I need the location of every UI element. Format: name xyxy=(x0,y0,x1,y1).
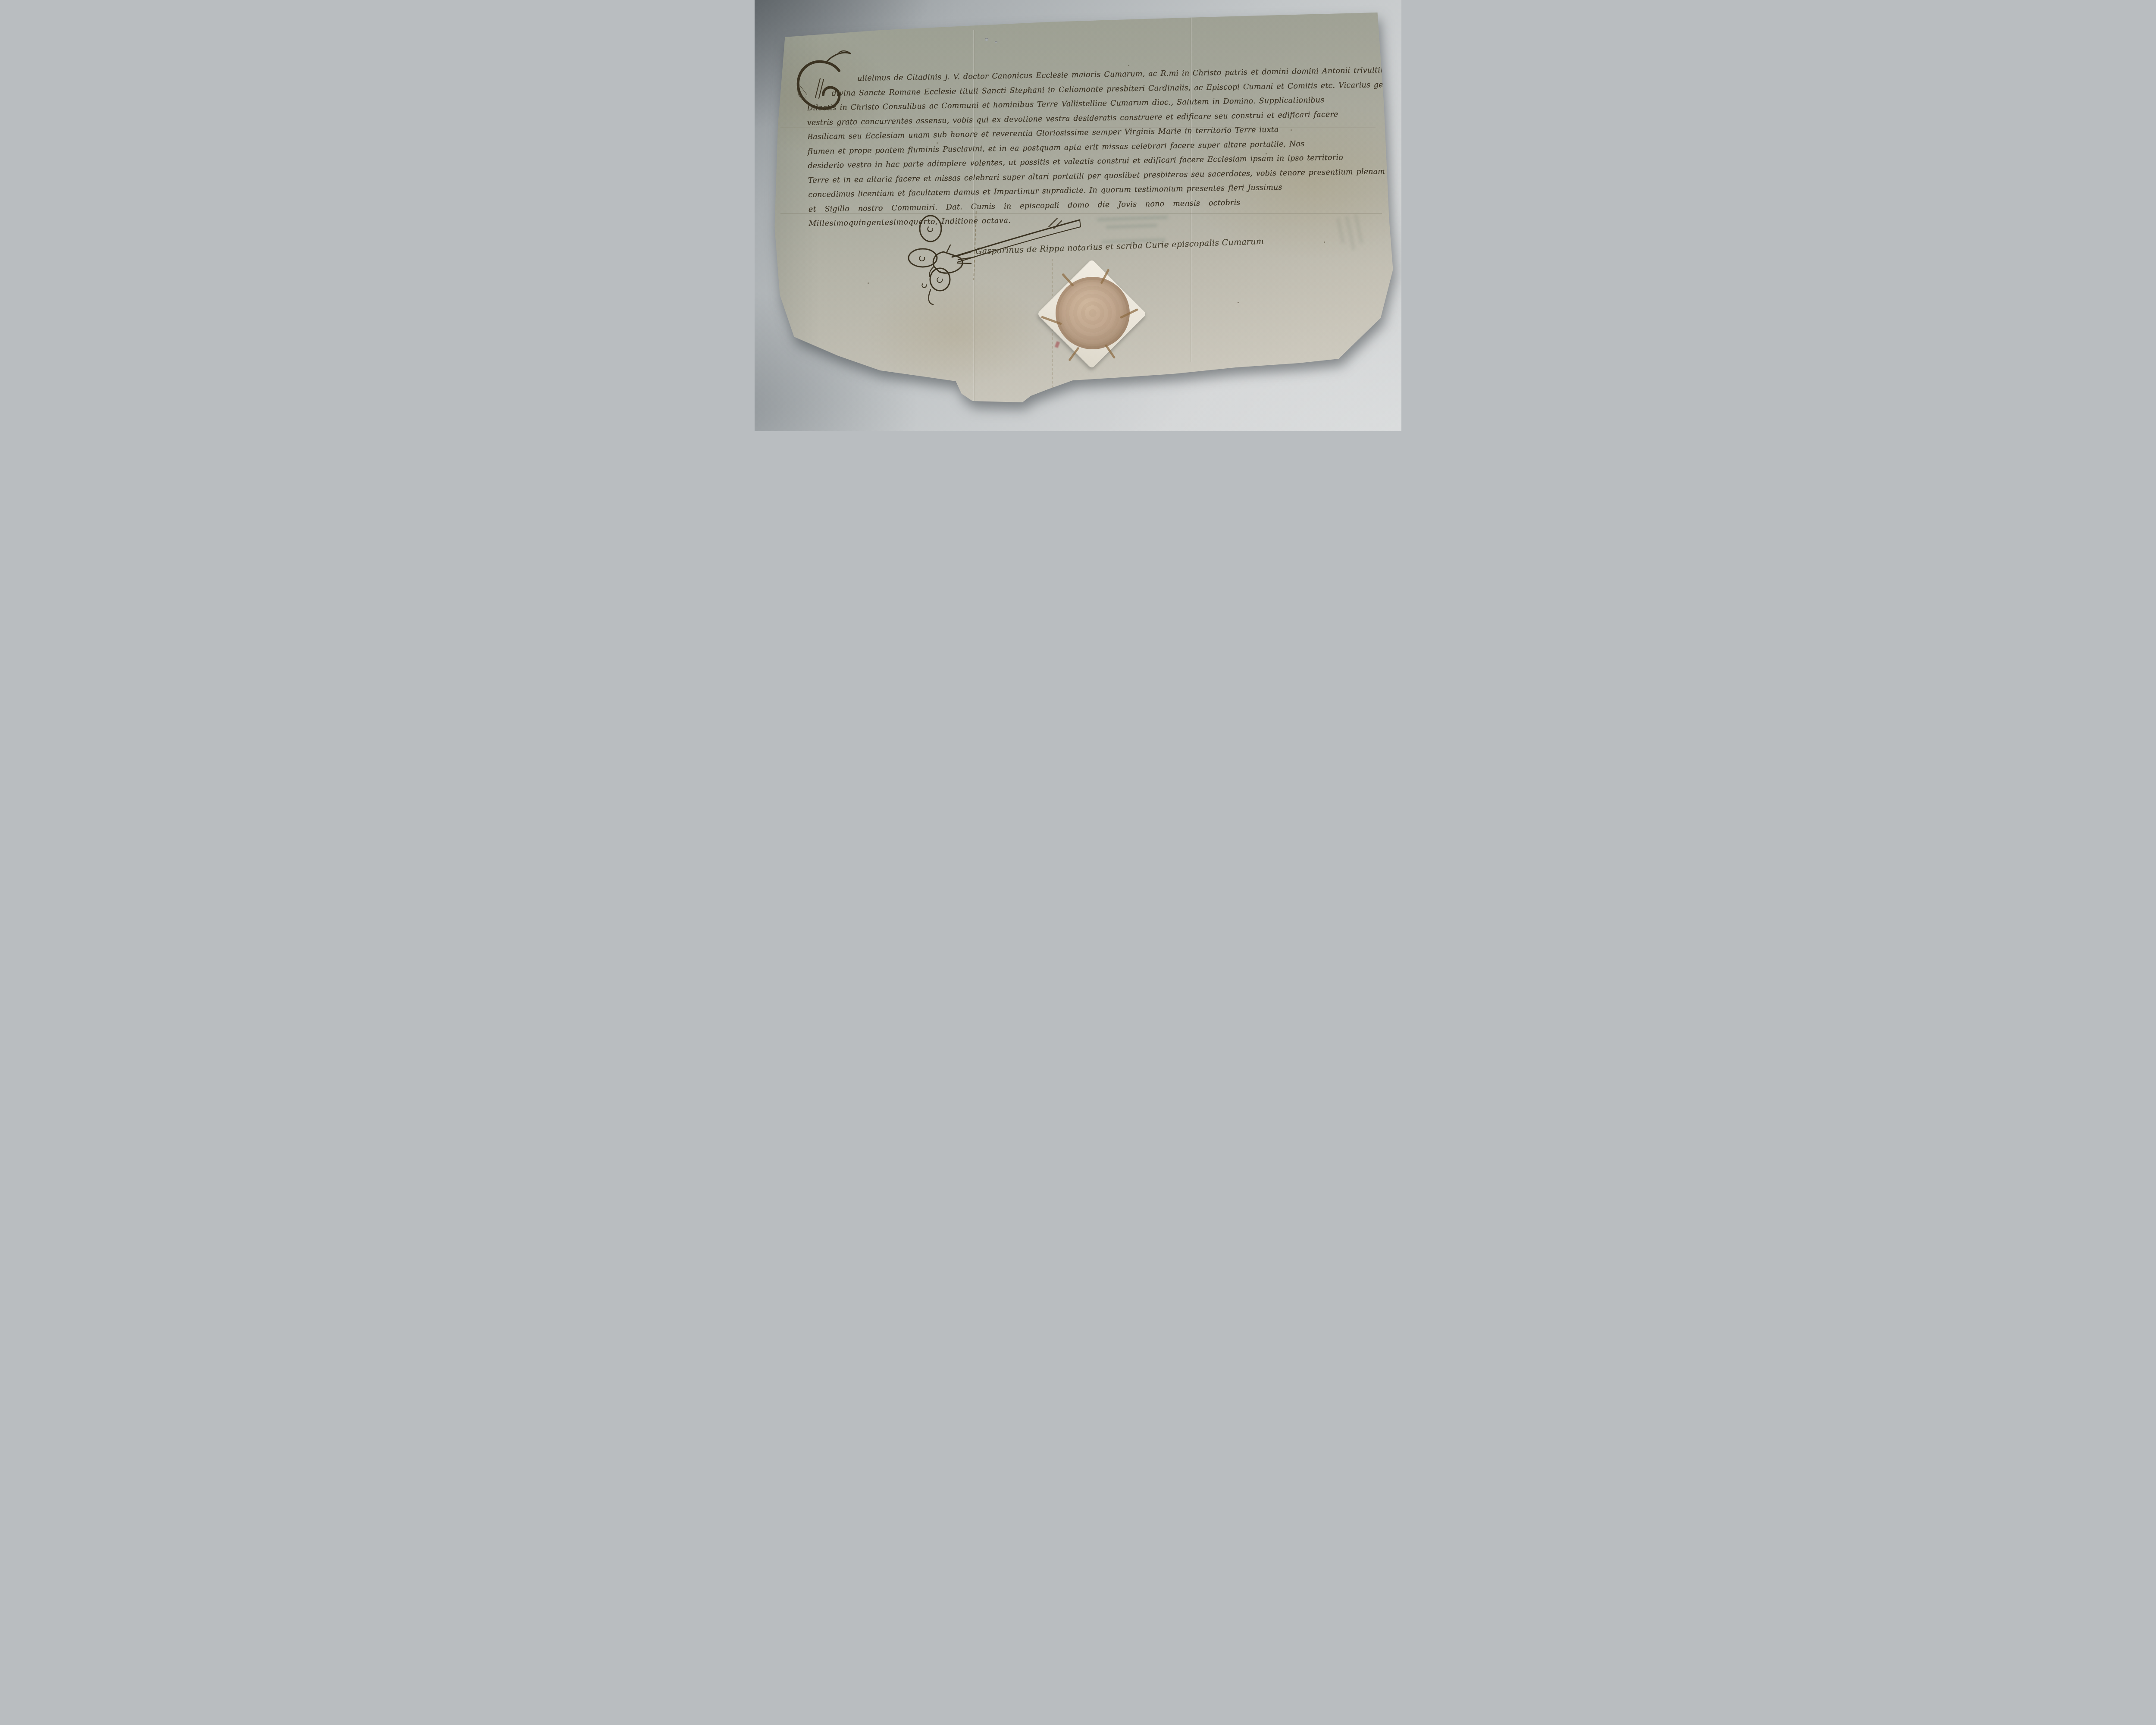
ink-speck xyxy=(1238,302,1239,303)
papered-wax-seal xyxy=(1036,259,1148,371)
ink-speck xyxy=(868,282,869,284)
show-through-line xyxy=(1101,238,1166,244)
seal-wax-impression xyxy=(1056,277,1130,349)
verso-show-through xyxy=(1097,211,1184,257)
ink-speck xyxy=(1128,65,1129,66)
show-through-line xyxy=(1354,214,1363,244)
show-through-line xyxy=(1106,224,1157,229)
parchment-sheet: ulielmus de Citadinis J. V. doctor Canon… xyxy=(755,0,1401,431)
photo-of-parchment-charter: ulielmus de Citadinis J. V. doctor Canon… xyxy=(755,0,1401,431)
parchment-shadow-wrap: ulielmus de Citadinis J. V. doctor Canon… xyxy=(755,0,1401,431)
show-through-line xyxy=(1345,216,1355,251)
parchment-hole xyxy=(985,38,988,41)
show-through-line xyxy=(1336,218,1344,244)
show-through-line xyxy=(1097,216,1168,222)
parchment-hole xyxy=(995,41,997,43)
